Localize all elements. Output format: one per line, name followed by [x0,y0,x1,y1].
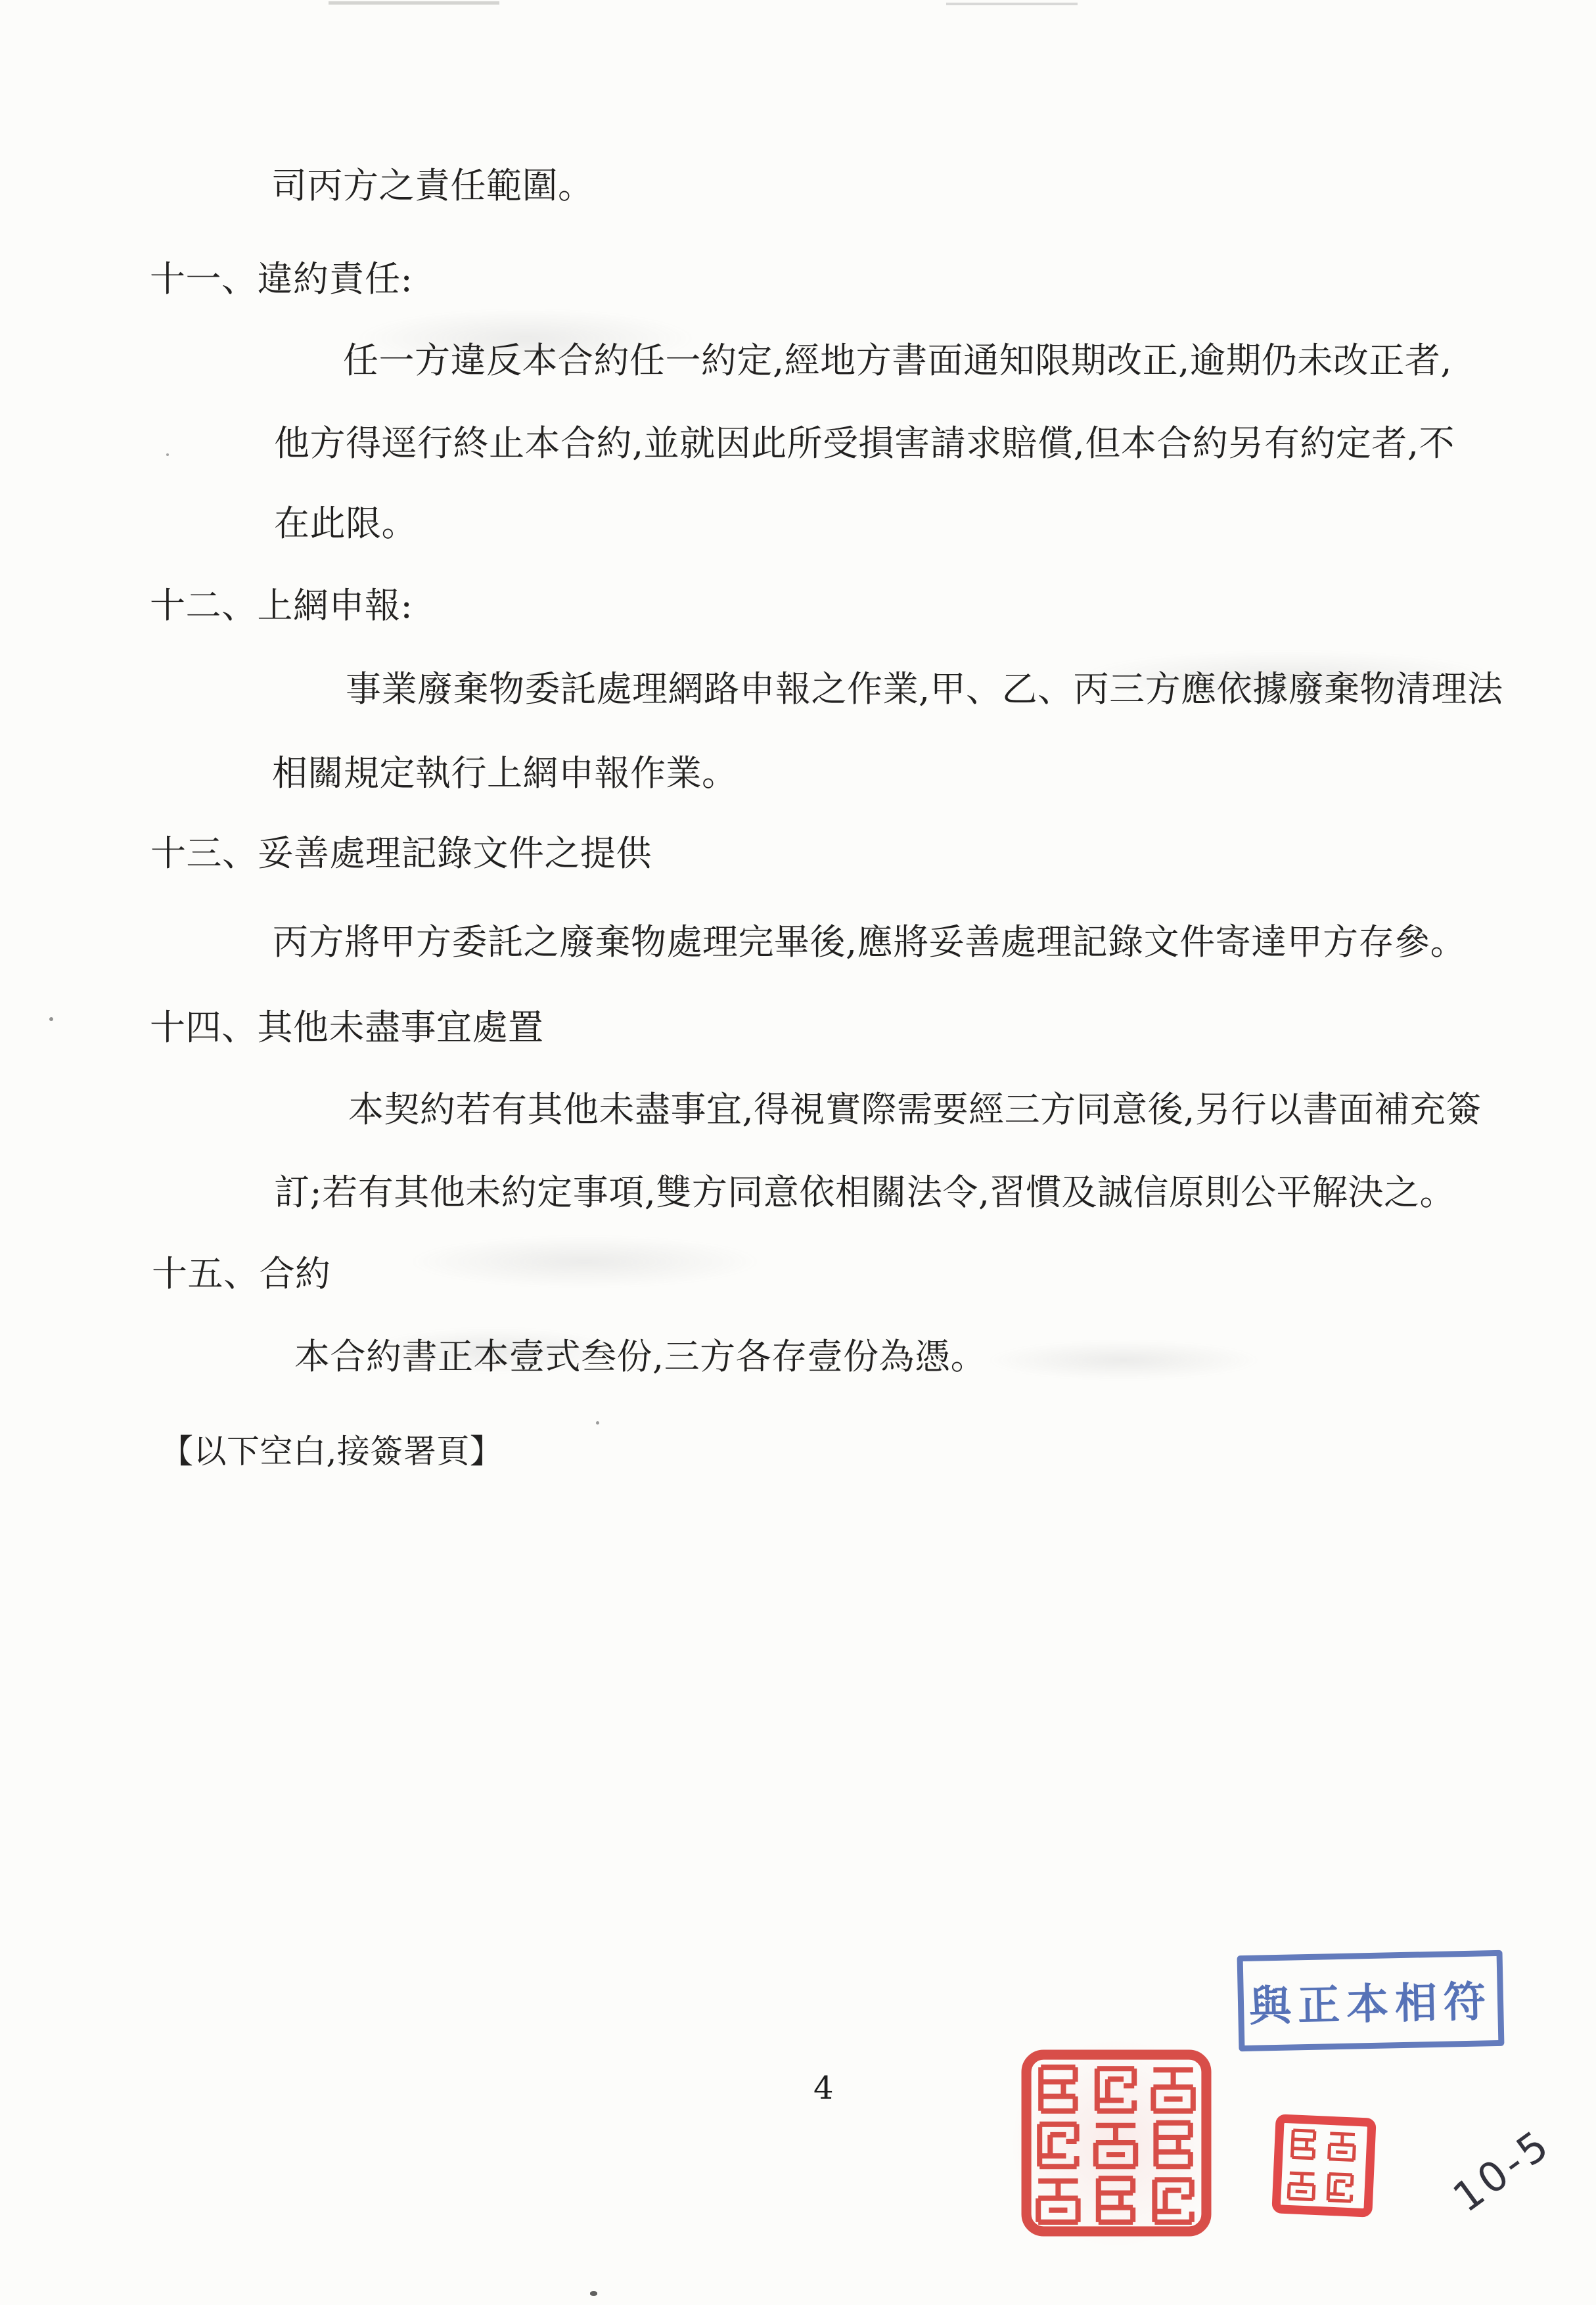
clause-11-text-line: 任一方違反本合約任一約定,經地方書面通知限期改正,逾期仍未改正者, [343,340,1452,381]
clause-12-text-line: 事業廢棄物委託處理網路申報之作業,甲、乙、丙三方應依據廢棄物清理法 [346,669,1503,710]
name-seal [1271,2114,1377,2218]
certification-stamp: 與正本相符 [1237,1950,1505,2051]
paragraph-continuation-line: 司丙方之責任範圍。 [271,166,594,206]
clause-15-text-line: 本合約書正本壹式叁份,三方各存壹份為憑。 [294,1336,986,1377]
clause-13-text-line: 丙方將甲方委託之廢棄物處理完畢後,應將妥善處理記錄文件寄達甲方存參。 [273,922,1466,963]
handwritten-page-note: 10-5 [1444,2119,1560,2222]
scan-streak [946,3,1078,5]
company-seal [1020,2049,1212,2237]
scan-speck [590,2291,597,2296]
bleedthrough-smudge [986,1340,1262,1380]
clause-14-text-line: 訂;若有其他未約定事項,雙方同意依相關法令,習慣及誠信原則公平解決之。 [274,1172,1455,1213]
clause-11-text-line: 他方得逕行終止本合約,並就因此所受損害請求賠償,但本合約另有約定者,不 [274,423,1455,464]
scan-speck [596,1421,599,1425]
page-number: 4 [813,2070,834,2107]
scan-speck [166,453,169,456]
clause-14-heading: 十四、其他未盡事宜處置 [150,1007,544,1048]
clause-12-text-line: 相關規定執行上網申報作業。 [272,753,738,794]
scan-streak [329,1,499,5]
document-page: 司丙方之責任範圍。 十一、違約責任: 任一方違反本合約任一約定,經地方書面通知限… [0,0,1596,2305]
clause-14-text-line: 本契約若有其他未盡事宜,得視實際需要經三方同意後,另行以書面補充簽 [348,1089,1482,1130]
clause-11-text-line: 在此限。 [274,503,417,544]
scan-speck [49,1017,53,1021]
certification-stamp-text: 與正本相符 [1248,1968,1493,2034]
clause-15-heading: 十五、合約 [152,1254,331,1294]
clause-11-heading: 十一、違約責任: [150,259,413,300]
clause-12-heading: 十二、上網申報: [150,585,413,626]
bleedthrough-smudge [407,1235,762,1288]
clause-13-heading: 十三、妥善處理記錄文件之提供 [150,833,652,874]
blank-below-note: 【以下空白,接簽署頁】 [160,1433,503,1471]
